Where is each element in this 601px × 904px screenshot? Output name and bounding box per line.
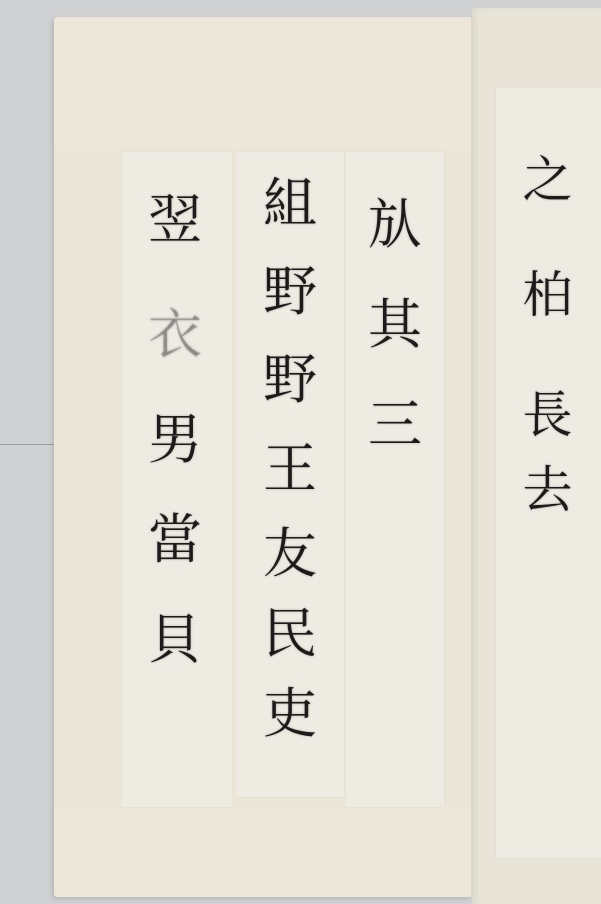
character-column-left: 翌 衣 男 當 貝 — [125, 160, 225, 690]
rubbing-character: 之 — [523, 140, 573, 220]
rubbing-character: 友 — [263, 514, 317, 594]
rubbing-character: 翌 — [148, 160, 202, 280]
rubbing-character: 組 — [263, 160, 317, 248]
rubbing-character: 長 — [523, 370, 573, 460]
rubbing-character: 㫃 — [368, 170, 422, 280]
rubbing-character: 男 — [148, 390, 202, 490]
character-column-right-page: 之 柏 長 去 — [505, 140, 590, 520]
character-column-middle: 組 野 野 王 友 民 吏 — [240, 160, 340, 754]
rubbing-character: 去 — [523, 460, 573, 520]
rubbing-character: 王 — [263, 424, 317, 514]
character-column-right: 㫃 其 三 — [350, 170, 440, 480]
rubbing-character-faded: 衣 — [148, 280, 202, 390]
rubbing-character: 野 — [263, 248, 317, 336]
rubbing-character: 三 — [368, 370, 422, 480]
rubbing-character: 其 — [368, 280, 422, 370]
rubbing-character: 貝 — [148, 590, 202, 690]
page-fold — [471, 17, 473, 897]
rubbing-character: 當 — [148, 490, 202, 590]
rubbing-character: 吏 — [263, 674, 317, 754]
rubbing-character: 野 — [263, 336, 317, 424]
background-table-edge — [0, 444, 56, 445]
rubbing-character: 柏 — [523, 220, 573, 370]
rubbing-character: 民 — [263, 594, 317, 674]
